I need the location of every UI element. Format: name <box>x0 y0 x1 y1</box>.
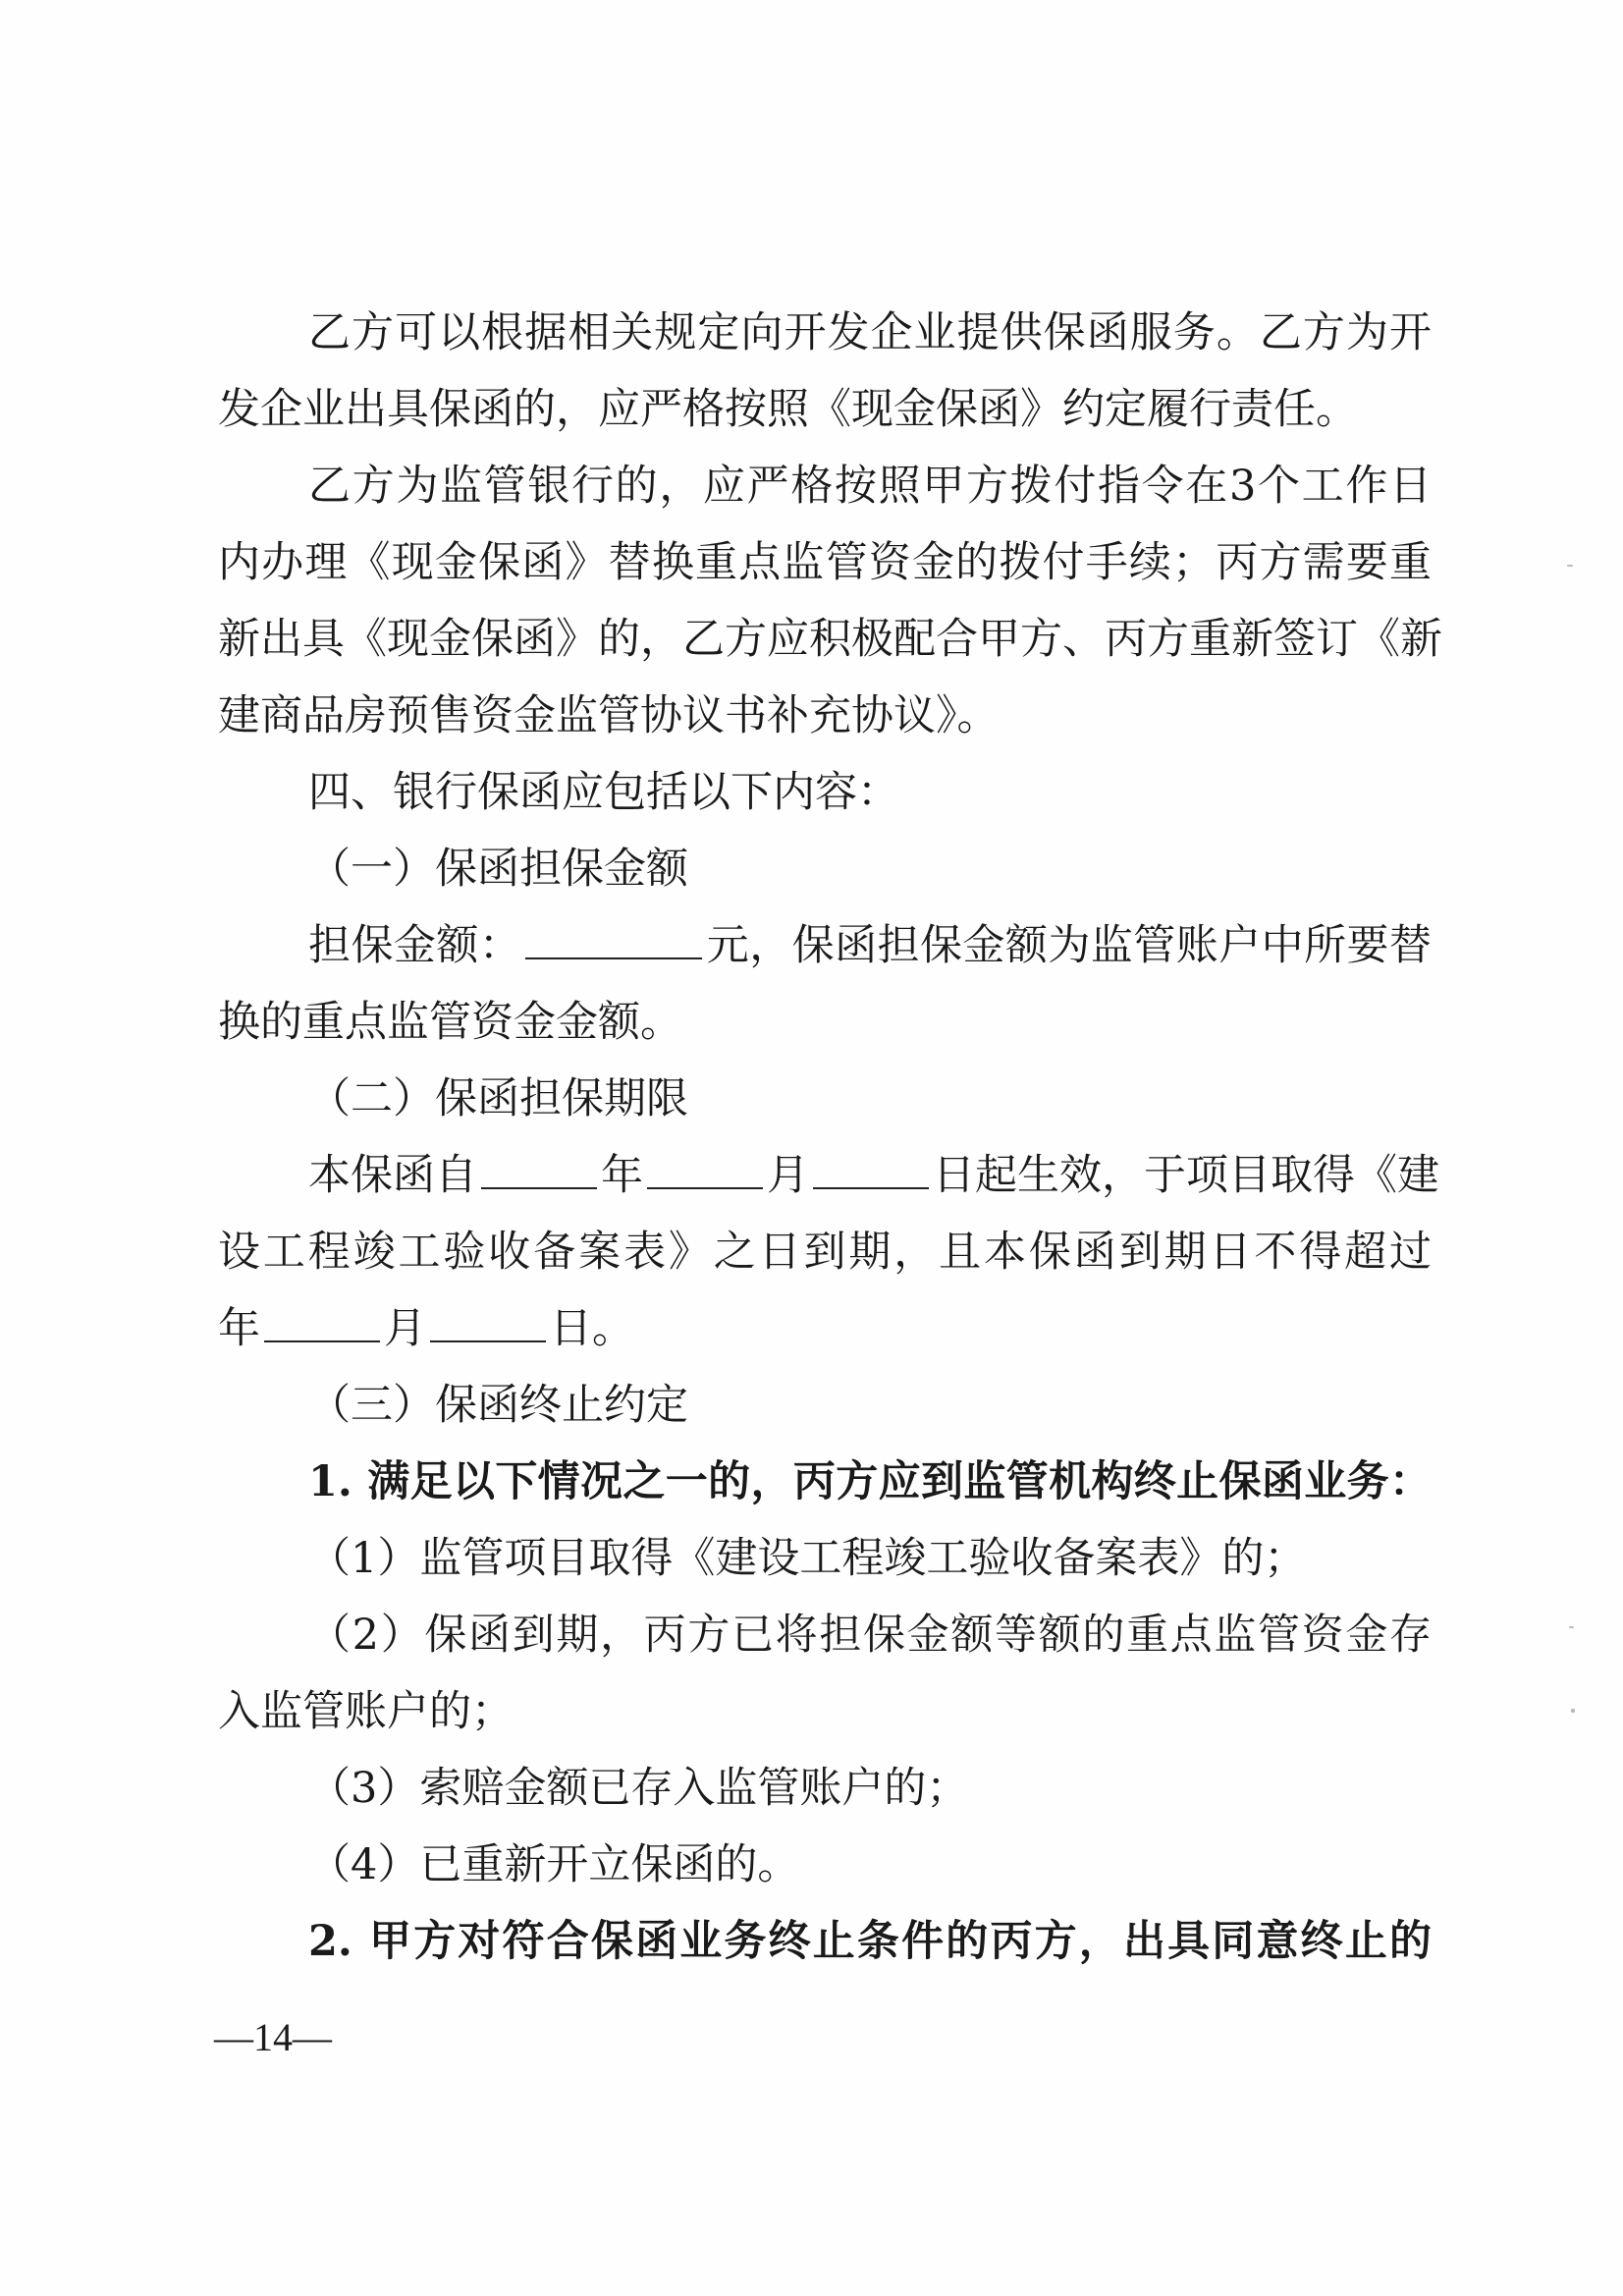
amount-text: 元，保函担保金额为监管账户中所要替 <box>706 921 1432 970</box>
start-month-blank[interactable] <box>647 1148 763 1189</box>
subsection-heading-amount: （一）保函担保金额 <box>218 831 1432 907</box>
scan-speck <box>1569 1626 1574 1628</box>
paragraph-line: 乙方可以根据相关规定向开发企业提供保函服务。乙方为开 <box>218 295 1432 371</box>
paragraph-line: 乙方为监管银行的，应严格按照甲方拨付指令在3个工作日 <box>218 448 1432 524</box>
list-item: （1）监管项目取得《建设工程竣工验收备案表》的； <box>218 1520 1432 1597</box>
section-heading-four: 四、银行保函应包括以下内容： <box>218 754 1432 831</box>
paragraph-line: 发企业出具保函的，应严格按照《现金保函》约定履行责任。 <box>218 371 1432 448</box>
list-item: （4）已重新开立保函的。 <box>218 1827 1432 1903</box>
amount-label: 担保金额： <box>308 921 521 970</box>
list-item: （2）保函到期，丙方已将担保金额等额的重点监管资金存 <box>218 1597 1432 1673</box>
subsection-heading-termination: （三）保函终止约定 <box>218 1367 1432 1444</box>
paragraph-line: 内办理《现金保函》替换重点监管资金的拨付手续；丙方需要重 <box>218 524 1432 601</box>
scan-speck <box>1567 565 1573 567</box>
document-body: 乙方可以根据相关规定向开发企业提供保函服务。乙方为开 发企业出具保函的，应严格按… <box>218 295 1432 1980</box>
amount-blank-field[interactable] <box>525 918 702 959</box>
list-item: （3）索赔金额已存入监管账户的； <box>218 1750 1432 1827</box>
list-item-continuation: 入监管账户的； <box>218 1673 1432 1750</box>
month-label: 月 <box>384 1304 426 1353</box>
scan-speck <box>1571 1709 1575 1713</box>
period-end-line: 年月日。 <box>218 1290 1432 1367</box>
end-day-blank[interactable] <box>430 1301 546 1342</box>
paragraph-line: 新出具《现金保函》的，乙方应积极配合甲方、丙方重新签订《新 <box>218 601 1432 678</box>
end-month-blank[interactable] <box>264 1301 380 1342</box>
clause-2-heading: 2. 甲方对符合保函业务终止条件的丙方，出具同意终止的 <box>218 1903 1432 1980</box>
period-start-text: 日起生效，于项目取得《建 <box>933 1151 1439 1200</box>
period-start-label: 本保函自 <box>308 1151 477 1200</box>
period-start-line: 本保函自年月日起生效，于项目取得《建 <box>218 1137 1432 1214</box>
year-label: 年 <box>218 1304 260 1353</box>
document-page: 乙方可以根据相关规定向开发企业提供保函服务。乙方为开 发企业出具保函的，应严格按… <box>0 0 1623 2296</box>
page-number: —14— <box>214 2011 332 2064</box>
amount-line: 担保金额：元，保函担保金额为监管账户中所要替 <box>218 907 1432 984</box>
month-label: 月 <box>767 1151 809 1200</box>
start-day-blank[interactable] <box>813 1148 929 1189</box>
paragraph-line: 设工程竣工验收备案表》之日到期，且本保函到期日不得超过 <box>218 1214 1432 1290</box>
day-label: 日。 <box>550 1304 634 1353</box>
clause-1-heading: 1. 满足以下情况之一的，丙方应到监管机构终止保函业务： <box>218 1444 1432 1520</box>
start-year-blank[interactable] <box>481 1148 597 1189</box>
paragraph-line: 建商品房预售资金监管协议书补充协议》。 <box>218 678 1432 754</box>
paragraph-line: 换的重点监管资金金额。 <box>218 984 1432 1061</box>
subsection-heading-period: （二）保函担保期限 <box>218 1061 1432 1137</box>
year-label: 年 <box>601 1151 643 1200</box>
